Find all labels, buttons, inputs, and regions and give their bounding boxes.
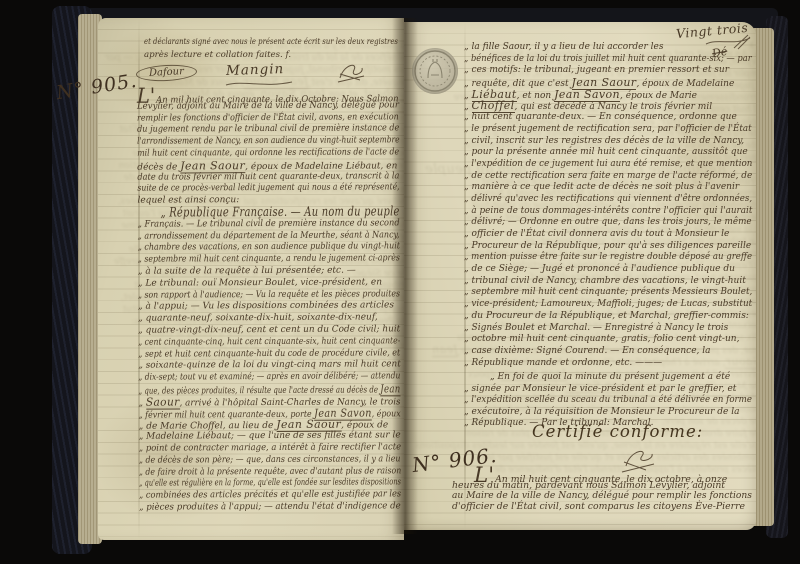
manuscript-line: „ de ce Siège; — Jugé et prononcé à l'au… (464, 264, 752, 276)
manuscript-line: d'officier de l'État civil, sont comparu… (452, 502, 752, 513)
manuscript-line: „ manière à ce que ledit acte de décès n… (464, 182, 752, 194)
manuscript-line: „ l'expédition de ce jugement lui aura é… (464, 159, 743, 171)
manuscript-line: „ case dixième: Signé Courend. — En cons… (464, 346, 752, 358)
manuscript-line: „ de cette rectification sera faite en m… (464, 171, 748, 183)
manuscript-line: „ octobre mil huit cent cinquante, grati… (464, 334, 752, 346)
manuscript-line: „ pièces produites à l'appui; — attendu … (139, 501, 390, 514)
manuscript-line: „ République Française. — Au nom du peup… (138, 207, 338, 220)
manuscript-line: „ le présent jugement de rectification s… (464, 124, 743, 136)
manuscript-line: „ huit cent quarante-deux. — En conséque… (464, 112, 752, 124)
manuscript-line: „ délivré; — Ordonne en outre que, dans … (464, 217, 745, 229)
manuscript-line: „ pour la présente année mil huit cent c… (464, 147, 752, 159)
manuscript-line: „ l'expédition scellée du sceau du tribu… (464, 395, 740, 407)
manuscript-line: „ février mil huit cent quarante-deux, p… (139, 407, 368, 420)
signature-mangin: Mangin (226, 61, 285, 79)
manuscript-line: „ Signés Boulet et Marchal. — Enregistré… (464, 323, 752, 335)
paraph-signature (334, 60, 368, 86)
manuscript-line: suite de ce procès-verbal ledit jugement… (137, 183, 361, 196)
manuscript-line: „ République mande et ordonne, etc. ——— (464, 358, 752, 370)
manuscript-line: „ délivré qu'avec les rectifications qui… (464, 194, 742, 206)
manuscript-line: „ Choffel, qui est décédé à Nancy le tro… (464, 100, 752, 112)
manuscript-line: „ requête, dit que c'est Jean Saour, épo… (464, 77, 752, 89)
signature-dafour: Dafour (136, 63, 198, 82)
manuscript-line: „ En foi de quoi la minute du présent ju… (464, 372, 752, 384)
previous-act-closing-lines: et déclarants signé avec nous le présent… (144, 36, 398, 62)
judgment-continuation-text: „ la fille Saour, il y a lieu de lui acc… (464, 42, 752, 369)
manuscript-line: „ tribunal civil de Nancy, chambre des v… (464, 276, 752, 288)
act-905-text: L'An mil huit cent cinquante, le dix Oct… (137, 88, 401, 514)
manuscript-line: „ Procureur de la République, pour qu'à … (464, 241, 752, 253)
stamp-crest-icon (412, 48, 458, 94)
manuscript-line: „ septembre mil huit cent cinquante, a r… (138, 254, 365, 267)
embossed-revenue-stamp (412, 48, 458, 94)
left-page: „ la fille Saour, il y a lieu de lui acc… (98, 18, 404, 540)
scanned-civil-register: „ la fille Saour, il y a lieu de lui acc… (0, 0, 800, 564)
manuscript-line: „ la fille Saour, il y a lieu de lui acc… (464, 42, 752, 54)
manuscript-line: „ exécutoire, à la réquisition de Monsie… (464, 407, 752, 419)
manuscript-line: mil huit cent cinquante, qui ordonne les… (137, 147, 365, 160)
manuscript-line: „ civil, inscrit sur les registres des d… (464, 136, 752, 148)
manuscript-line: „ vice-président; Lamoureux, Maffioli, j… (464, 299, 747, 311)
manuscript-line: au Maire de la ville de Nancy, délégué p… (452, 491, 746, 502)
manuscript-line: „ septembre mil huit cent cinquante; pré… (464, 287, 745, 299)
act-906-text: L'An mil huit cent cinquante, le dix oct… (452, 470, 752, 513)
manuscript-line: „ son rapport à l'audience; — Vu la requ… (138, 289, 365, 302)
certification-line: Certifié conforme: (532, 422, 703, 441)
manuscript-line: „ signée par Monsieur le vice-président … (464, 384, 752, 396)
manuscript-line: et déclarants signé avec nous le présent… (144, 36, 348, 49)
manuscript-line: „ qu'elle est régulière en la forme, qu'… (139, 478, 334, 491)
signature-block: Dafour Mangin (128, 62, 398, 90)
manuscript-line: „ mention puisse être faite sur le regis… (464, 252, 739, 264)
manuscript-line: „ du Procureur de la République, et Marc… (464, 311, 752, 323)
manuscript-line: „ bénéfices de la loi du trois juillet m… (464, 54, 731, 66)
signature-flourish (224, 79, 294, 89)
manuscript-line: „ officier de l'État civil donnera avis … (464, 229, 752, 241)
manuscript-line: „ à peine de tous dommages-intérêts cont… (464, 206, 747, 218)
